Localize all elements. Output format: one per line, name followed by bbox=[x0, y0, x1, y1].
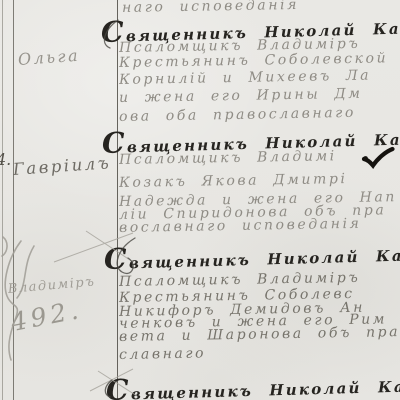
register-page-scan: 4. Владиміръ 492. Ольга Гавріилъ наго ис… bbox=[0, 0, 400, 400]
stroke-overlay bbox=[0, 0, 400, 400]
checkmark-icon bbox=[363, 149, 392, 166]
pencil-flourish bbox=[2, 237, 34, 360]
diagonal-stroke bbox=[54, 231, 137, 396]
signature-flourish bbox=[104, 20, 135, 397]
